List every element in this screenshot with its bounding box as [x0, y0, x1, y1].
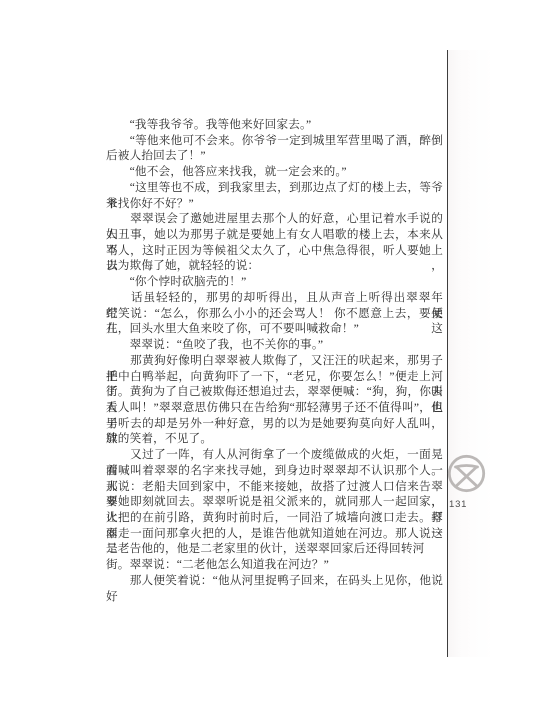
- text-line: 手中白鸭举起，向黄狗吓了一下，“老兄，你要怎么！”便走上河街去: [106, 369, 443, 385]
- text-line: 面走一面问那拿火把的人，是谁告他就知道她在河边。那人说这是: [106, 526, 443, 542]
- text-line: 话虽轻轻的，那男的却听得出，且从声音上听得出翠翠年纪，便: [106, 290, 443, 306]
- text-line: “等他来他可不会来。你爷爷一定到城里军营里喝了酒，醉倒: [106, 133, 443, 149]
- text-line: 二老告他的，他是二老家里的伙计，送翠翠回家后还得回转河街。: [106, 541, 443, 557]
- library-seal-icon: [446, 453, 487, 494]
- text-line: 看人叫！”翠翠意思仿佛只在告给狗“那轻薄男子还不值得叫”，但男: [106, 400, 443, 416]
- text-line: 翠翠误会了邀她进屋里去那个人的好意，心里记着水手说的妇: [106, 211, 443, 227]
- text-line: 那黄狗好像明白翠翠被人欺侮了，又汪汪的吠起来，那男子把: [106, 353, 443, 369]
- page-number: 131: [449, 499, 467, 510]
- text-line: 子听去的却是另外一种好意，男的以为是她要狗莫向好人乱叫，放: [106, 416, 443, 432]
- text-line: 来找你好不好？”: [106, 196, 443, 212]
- text-line: 肆的笑着，不见了。: [106, 431, 443, 447]
- book-page-scan: “我等我爷爷。我等他来好回家去。” “等他来他可不会来。你爷爷一定到城里军营里喝…: [0, 0, 550, 711]
- text-line: 翠翠说：“二老他怎么知道我在河边？”: [106, 557, 443, 573]
- page-edge-rule: [447, 50, 494, 657]
- text-line: 人说：老船夫回到家中，不能来接她，故搭了过渡人口信来告翠翠，: [106, 479, 443, 495]
- text-line: “这里等也不成，到我家里去，到那边点了灯的楼上去，等爷爷: [106, 180, 443, 196]
- text-line: 带笑说：“怎么，你那么小小的还会骂人！ 你不愿意上去，要呆在这: [106, 306, 443, 322]
- text-line: “我等我爷爷。我等他来好回家去。”: [106, 117, 443, 133]
- text-line: 翠翠说：“鱼咬了我，也不关你的事。”: [106, 337, 443, 353]
- text-line: 又过了一阵，有人从河街拿了一个废缆做成的火炬，一面晃着一: [106, 447, 443, 463]
- text-line: 骂人，这时正因为等候祖父太久了，心中焦急得很，听人要她上去，: [106, 243, 443, 259]
- text-block: “我等我爷爷。我等他来好回家去。” “等他来他可不会来。你爷爷一定到城里军营里喝…: [106, 117, 443, 589]
- text-line: 火把的在前引路，黄狗时前时后，一同沿了城墙向渡口走去。翠翠一: [106, 510, 443, 526]
- text-line: 要她即刻就回去。翠翠听说是祖父派来的，就同那人一起回家，让打: [106, 494, 443, 510]
- text-line: “你个悖时砍脑壳的！”: [106, 274, 443, 290]
- text-line: 了。黄狗为了自己被欺侮还想追过去，翠翠便喊：“狗，狗，你叫人也: [106, 384, 443, 400]
- text-line: “他不会，他答应来找我，就一定会来的。”: [106, 164, 443, 180]
- text-line: 后被人抬回去了！”: [106, 148, 443, 164]
- text-line: 面喊叫着翠翠的名字来找寻她，到身边时翠翠却不认识那个人。那: [106, 463, 443, 479]
- text-line: 那人便笑着说：“他从河里捉鸭子回来，在码头上见你，他说好: [106, 573, 443, 589]
- text-line: 人丑事，她以为那男子就是要她上有女人唱歌的楼上去，本来从不: [106, 227, 443, 243]
